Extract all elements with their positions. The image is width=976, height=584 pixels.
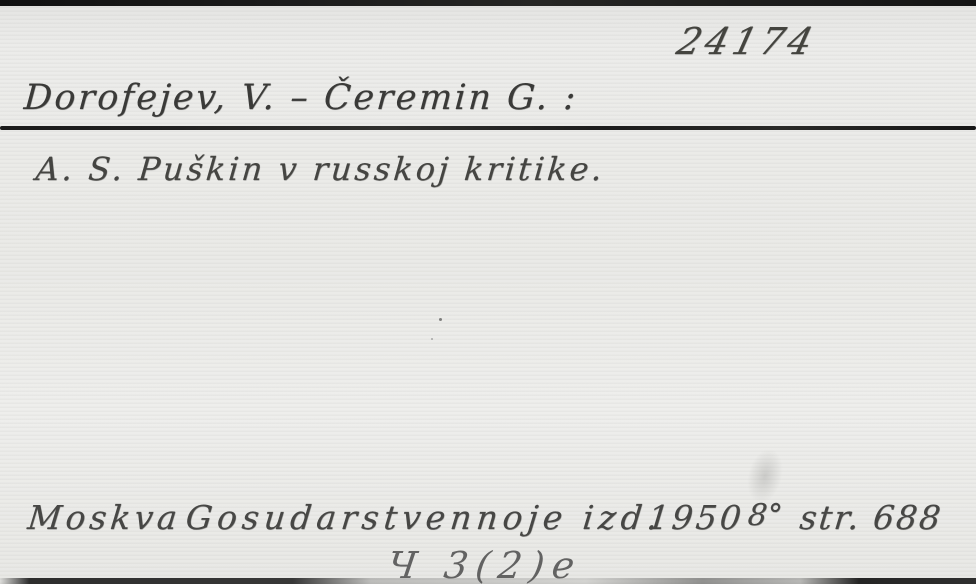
imprint-place: Moskva — [26, 498, 183, 537]
ink-speck — [439, 318, 442, 321]
separator-rule — [0, 126, 976, 130]
pencil-smudge — [742, 445, 789, 508]
accession-number: 24174 — [673, 20, 821, 63]
title-text: A. S. Puškin v russkoj kritike. — [34, 150, 606, 188]
imprint-publisher: Gosudarstvennoje izd. — [184, 498, 665, 537]
ink-speck — [431, 338, 433, 340]
scan-edge-bottom — [0, 578, 976, 584]
imprint-pages: str. 688 — [798, 498, 944, 537]
author-heading: Dorofejev, V. – Čeremin G. : — [23, 78, 580, 118]
catalog-card: 24174 Dorofejev, V. – Čeremin G. : A. S.… — [0, 0, 976, 584]
imprint-year: 1950 — [646, 498, 746, 537]
scan-edge-top — [0, 0, 976, 6]
